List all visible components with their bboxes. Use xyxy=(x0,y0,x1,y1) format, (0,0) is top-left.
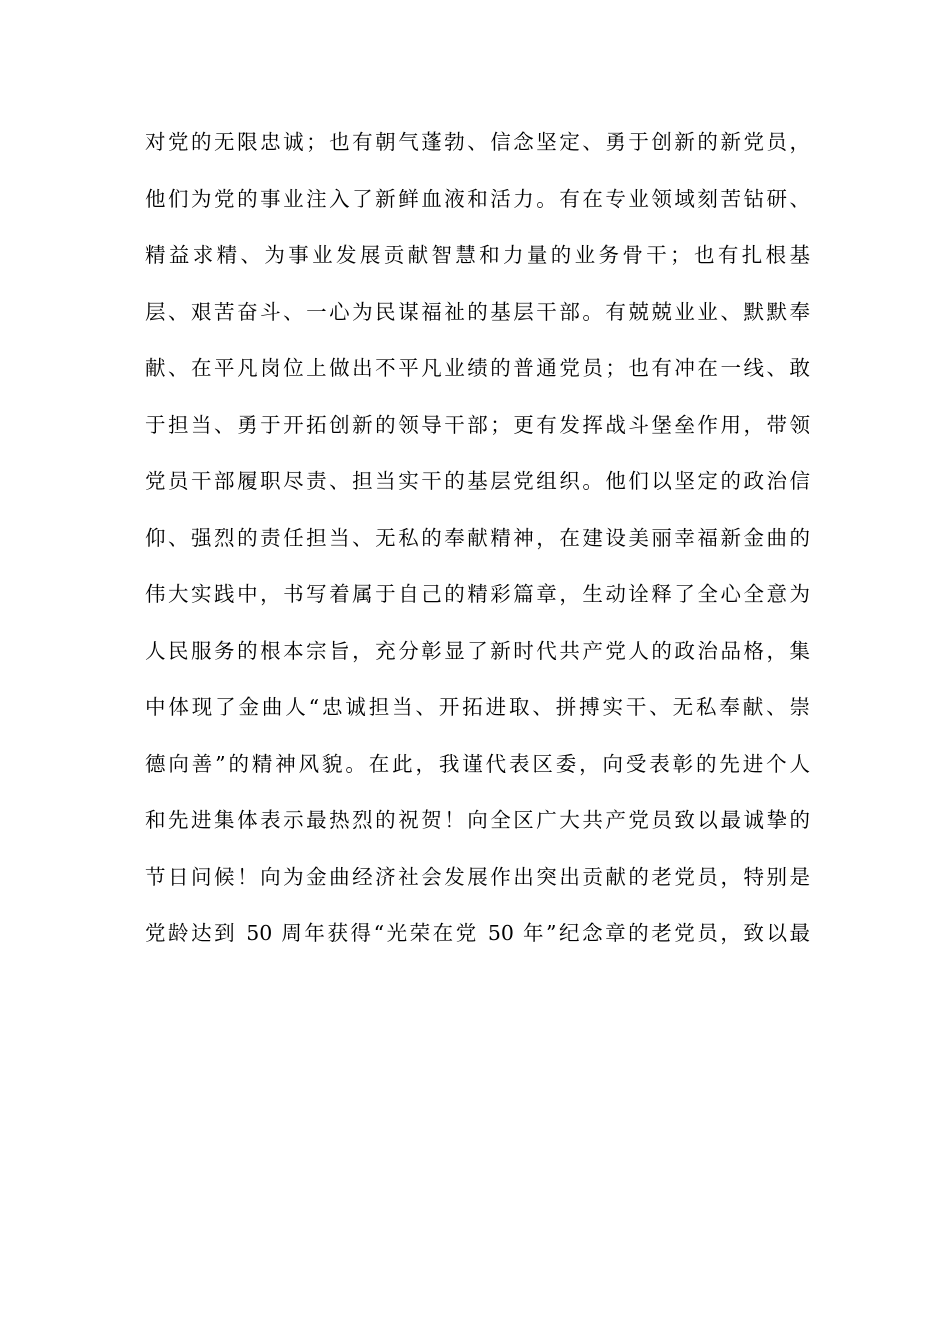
text-line: 节日问候！向为金曲经济社会发展作出突出贡献的老党员，特别是 xyxy=(145,863,810,920)
text-line: 党员干部履职尽责、担当实干的基层党组织。他们以坚定的政治信 xyxy=(145,467,810,524)
text-line: 精益求精、为事业发展贡献智慧和力量的业务骨干；也有扎根基 xyxy=(145,241,810,298)
text-line: 伟大实践中，书写着属于自己的精彩篇章，生动诠释了全心全意为 xyxy=(145,580,810,637)
text-line: 和先进集体表示最热烈的祝贺！向全区广大共产党员致以最诚挚的 xyxy=(145,806,810,863)
text-line: 中体现了金曲人“忠诚担当、开拓进取、拼搏实干、无私奉献、崇 xyxy=(145,693,810,750)
document-page: 对党的无限忠诚；也有朝气蓬勃、信念坚定、勇于创新的新党员， 他们为党的事业注入了… xyxy=(0,0,950,1344)
text-line: 他们为党的事业注入了新鲜血液和活力。有在专业领域刻苦钻研、 xyxy=(145,185,810,242)
text-line: 层、艰苦奋斗、一心为民谋福祉的基层干部。有兢兢业业、默默奉 xyxy=(145,298,810,355)
text-line: 党龄达到 50 周年获得“光荣在党 50 年”纪念章的老党员，致以最 xyxy=(145,919,810,976)
text-line: 仰、强烈的责任担当、无私的奉献精神，在建设美丽幸福新金曲的 xyxy=(145,524,810,581)
text-line: 人民服务的根本宗旨，充分彰显了新时代共产党人的政治品格，集 xyxy=(145,637,810,694)
text-line: 对党的无限忠诚；也有朝气蓬勃、信念坚定、勇于创新的新党员， xyxy=(145,128,810,185)
body-paragraph: 对党的无限忠诚；也有朝气蓬勃、信念坚定、勇于创新的新党员， 他们为党的事业注入了… xyxy=(145,128,810,976)
text-line: 献、在平凡岗位上做出不平凡业绩的普通党员；也有冲在一线、敢 xyxy=(145,354,810,411)
text-line: 于担当、勇于开拓创新的领导干部；更有发挥战斗堡垒作用，带领 xyxy=(145,411,810,468)
text-line: 德向善”的精神风貌。在此，我谨代表区委，向受表彰的先进个人 xyxy=(145,750,810,807)
